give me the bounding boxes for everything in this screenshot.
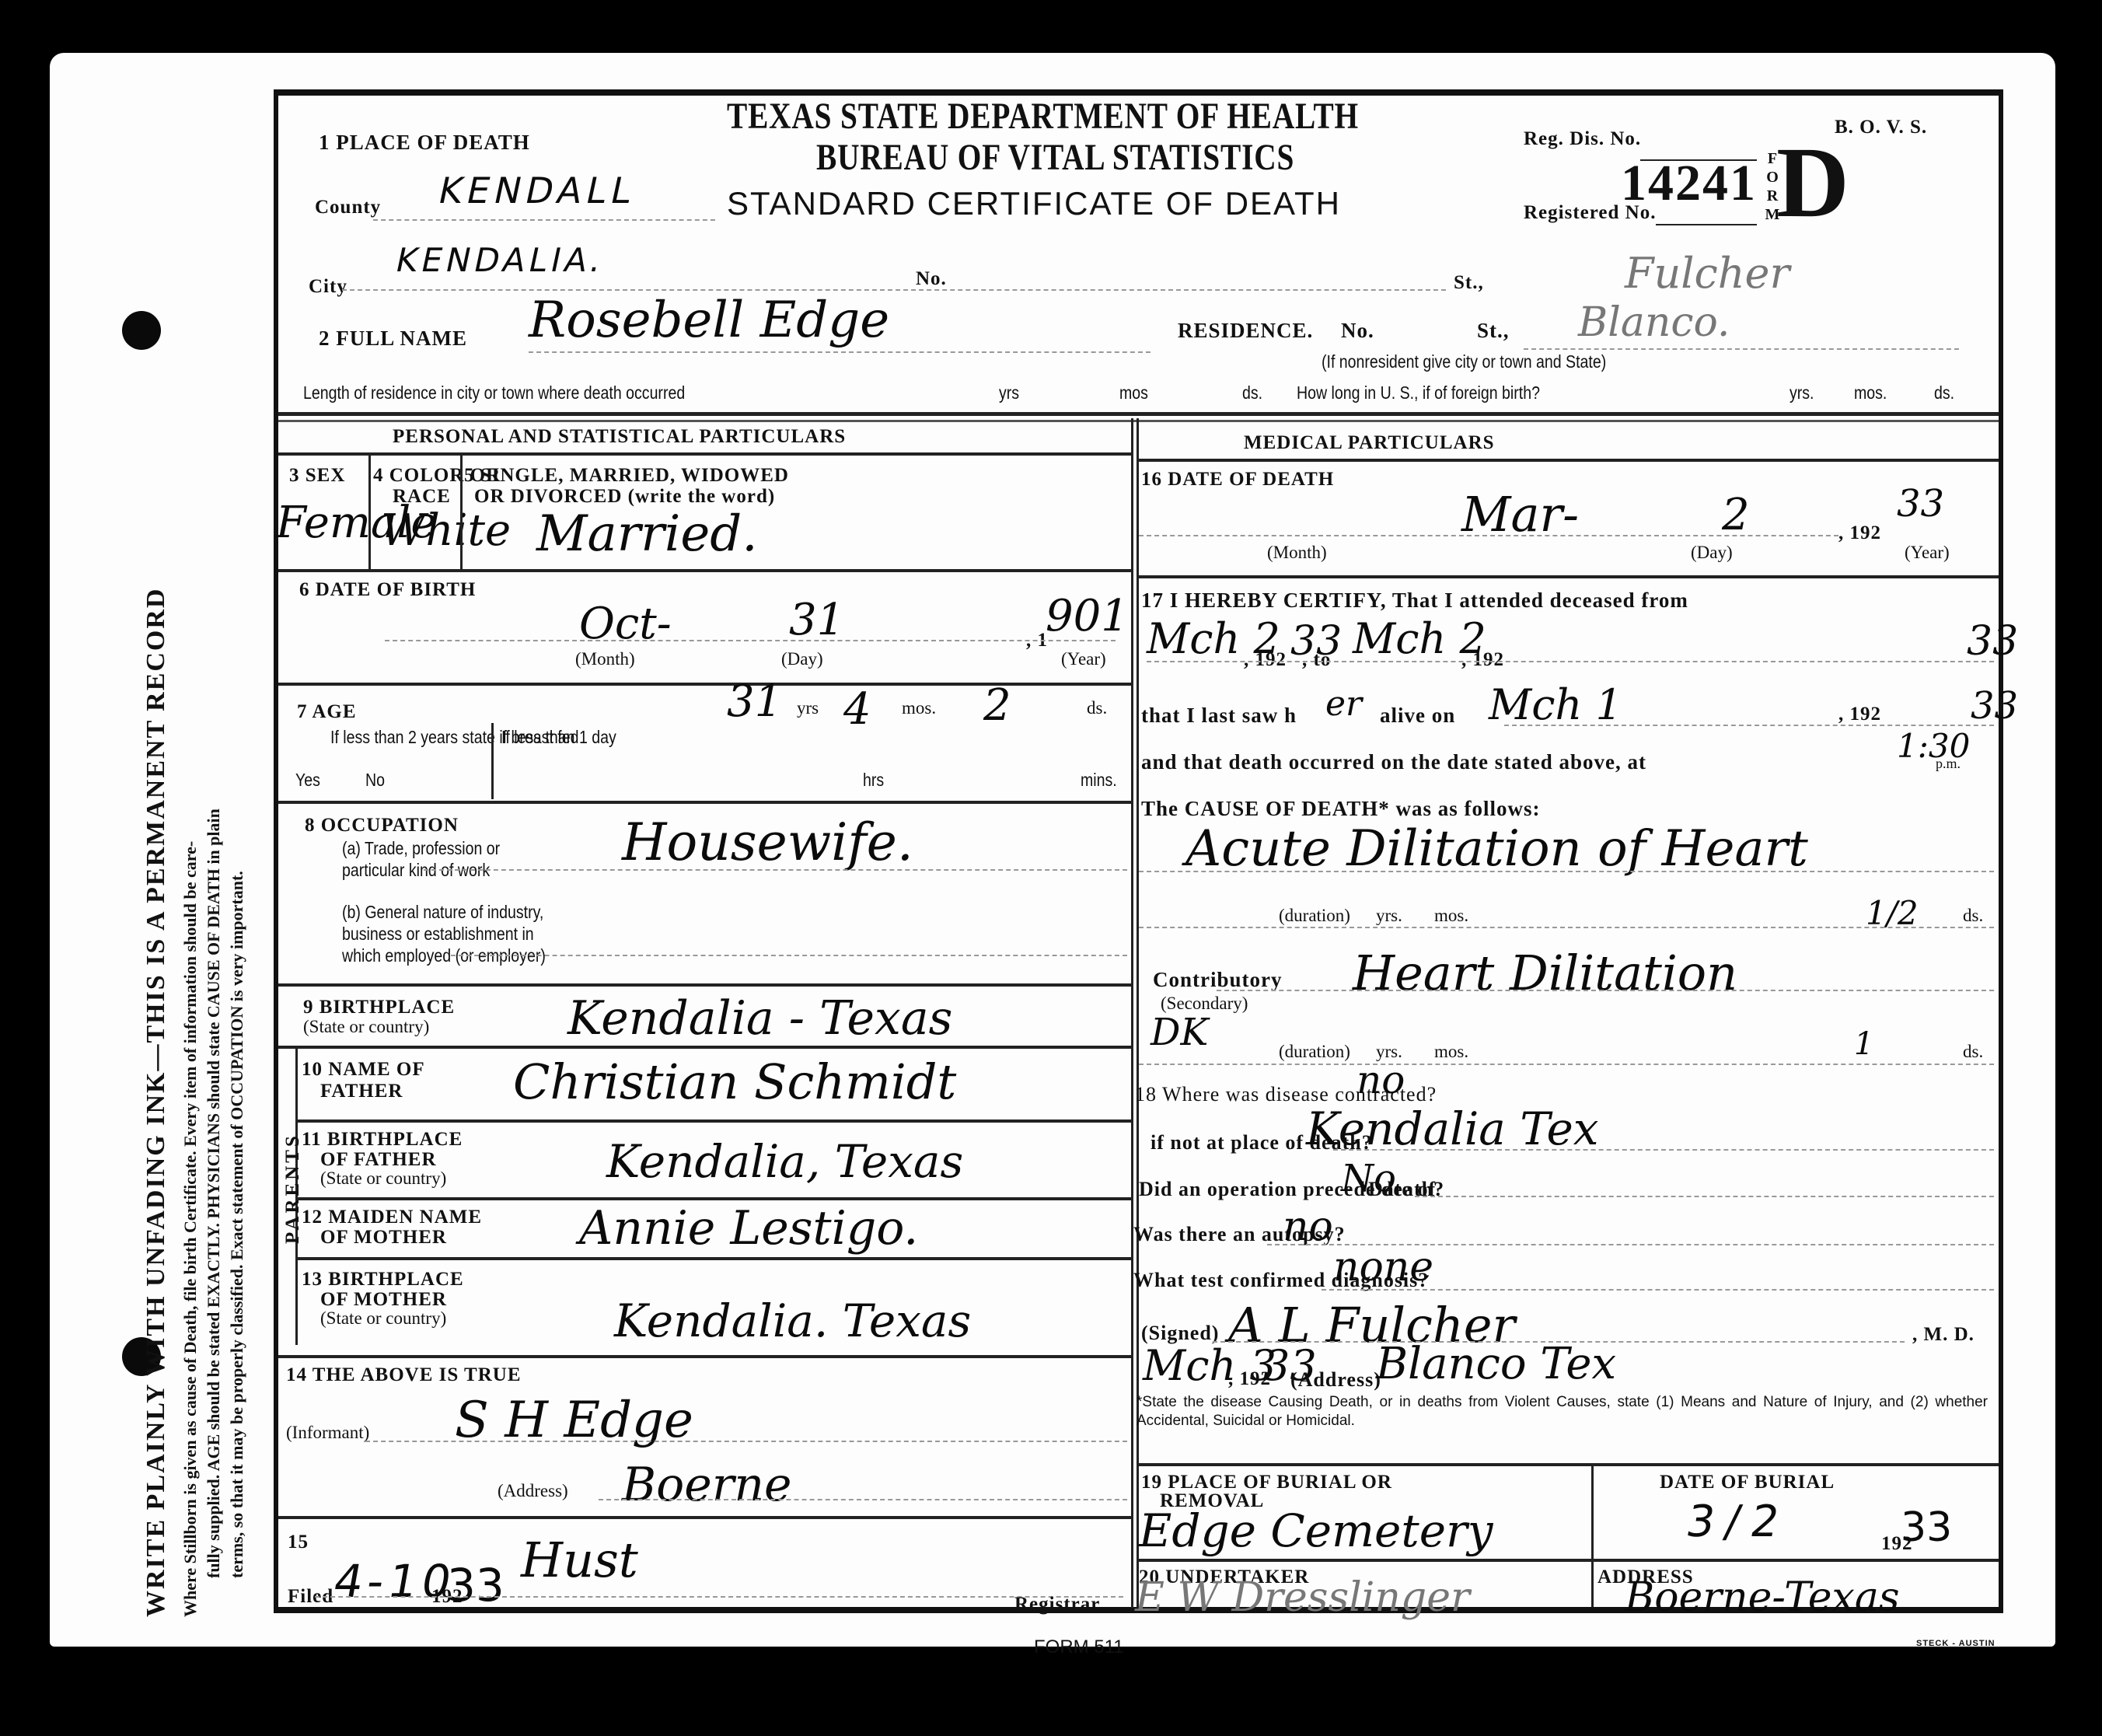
marital-label: 5 SINGLE, MARRIED, WIDOWED [464,465,789,487]
age-label: 7 AGE [297,701,357,723]
breastfed-no-label: No [365,770,385,791]
above-is-true-label: 14 THE ABOVE IS TRUE [286,1364,522,1386]
contributory-label: Contributory [1153,968,1283,992]
age-yrs-caption: yrs [797,698,819,718]
last-saw-label: that I last saw h [1141,704,1297,728]
operation-date-label: Date of [1368,1178,1436,1201]
informant-address-value[interactable]: Boerne [622,1458,792,1512]
full-name-value[interactable]: Rosebell Edge [529,292,889,349]
dob-month[interactable]: Oct- [579,599,672,649]
foreign-ds-label: ds. [1934,382,1954,403]
father-name-value[interactable]: Christian Schmidt [513,1053,956,1110]
margin-line-3: fully supplied. AGE should be stated EXA… [204,809,224,1578]
length-yrs-label: yrs [999,382,1019,403]
cause-of-death-value[interactable]: Acute Dilitation of Heart [1185,820,1808,878]
autopsy-value[interactable]: no [1283,1203,1333,1250]
dob-year-caption: (Year) [1061,649,1106,669]
death-time-suffix: p.m. [1936,756,1961,772]
length-mos-label: mos [1119,382,1148,403]
form-letter: D [1776,132,1849,233]
mother-name-label: 12 MAIDEN NAME [302,1207,482,1228]
hrs-label: hrs [863,770,884,791]
age-ds-caption: ds. [1087,698,1107,718]
agency-title: TEXAS STATE DEPARTMENT OF HEALTH [727,95,1359,138]
occupation-b-label-2: business or establishment in [342,924,534,945]
informant-label: (Informant) [286,1423,369,1443]
cause-duration-yrs-label: yrs. [1376,906,1402,926]
residence-st-label: St., [1477,319,1510,343]
less-than-day-note: If less than 1 day [501,727,616,748]
marital-label-2: OR DIVORCED (write the word) [474,486,775,508]
to-year-prefix: , 192 [1461,649,1504,671]
physician-address-label: (Address) [1290,1368,1381,1392]
residence-label: RESIDENCE. [1178,319,1313,343]
last-saw-year[interactable]: 33 [1971,684,2018,728]
residence-length-label: Length of residence in city or town wher… [303,382,685,403]
occupation-a-label: (a) Trade, profession or [342,838,500,859]
mother-name-label-2: OF MOTHER [320,1227,447,1249]
contributory-value[interactable]: Heart Dilitation [1353,945,1737,1001]
filed-year[interactable]: 33 [447,1559,505,1612]
residence-no-label: No. [1341,319,1374,343]
contrib-duration-value[interactable]: 1 [1854,1026,1873,1062]
dod-year-caption: (Year) [1905,543,1950,563]
attended-to-year[interactable]: 33 [1967,618,2018,665]
foreign-yrs-label: yrs. [1789,382,1814,403]
burial-year[interactable]: 33 [1901,1504,1952,1551]
race-value[interactable]: White [381,505,511,556]
dod-year[interactable]: 33 [1897,482,1944,526]
undertaker-value[interactable]: E W Dresslinger [1135,1574,1470,1621]
registrar-signature[interactable]: Hust [521,1532,638,1588]
residence-note: (If nonresident give city or town and St… [1322,351,1606,372]
undertaker-address-value[interactable]: Boerne-Texas [1625,1574,1900,1621]
dob-label: 6 DATE OF BIRTH [299,579,476,601]
cause-of-death-label: The CAUSE OF DEATH* was as follows: [1141,797,1541,821]
contrib-duration-ds-label: ds. [1963,1042,1983,1062]
medical-heading: MEDICAL PARTICULARS [1244,432,1495,454]
county-label: County [315,197,381,218]
street-value[interactable]: Fulcher [1625,249,1789,298]
foreign-mos-label: mos. [1854,382,1887,403]
printer-mark: STECK - AUSTIN [1916,1639,1996,1648]
death-occurred-label: and that death occurred on the date stat… [1141,750,1646,774]
mother-birthplace-label-2: OF MOTHER [320,1289,447,1311]
race-label-2: RACE [393,486,451,508]
dod-day-caption: (Day) [1691,543,1733,563]
burial-place-value[interactable]: Edge Cemetery [1139,1504,1493,1557]
foreign-birth-label: How long in U. S., if of foreign birth? [1297,382,1540,403]
test-diagnosis-value[interactable]: none [1333,1244,1433,1291]
birthplace-label: 9 BIRTHPLACE [303,997,455,1018]
margin-line-4: terms, so that it may be properly classi… [227,871,247,1578]
age-months[interactable]: 4 [843,684,871,735]
city-value[interactable]: KENDALIA. [393,241,609,279]
contributory-value-2[interactable]: DK [1151,1011,1208,1054]
disease-contracted-value[interactable]: no [1357,1057,1405,1102]
dod-month-caption: (Month) [1267,543,1327,563]
dob-year[interactable]: 901 [1046,591,1129,641]
not-at-place-value[interactable]: Kendalia Tex [1306,1102,1599,1155]
mother-birthplace-hint: (State or country) [320,1308,446,1329]
mins-label: mins. [1081,770,1117,791]
father-birthplace-label-2: OF FATHER [320,1149,437,1171]
place-of-death-label: 1 PLACE OF DEATH [319,131,530,155]
cause-footnote: *State the disease Causing Death, or in … [1137,1393,1988,1430]
margin-line-1: WRITE PLAINLY WITH UNFADING INK—THIS IS … [141,588,171,1617]
occupation-label: 8 OCCUPATION [305,815,459,837]
filed-number: 15 [288,1532,309,1553]
marital-value[interactable]: Married. [536,505,758,563]
dod-label: 16 DATE OF DEATH [1141,469,1334,491]
birthplace-hint: (State or country) [303,1017,429,1037]
form-number: FORM 511 [1034,1636,1124,1658]
registered-number[interactable]: 14241 [1621,154,1757,213]
cause-duration-label: (duration) [1279,906,1350,926]
last-saw-year-prefix: , 192 [1838,704,1881,725]
personal-heading: PERSONAL AND STATISTICAL PARTICULARS [393,426,846,448]
dod-day[interactable]: 2 [1722,490,1750,540]
last-saw-pronoun[interactable]: er [1325,684,1362,724]
residence-value[interactable]: Blanco. [1578,299,1730,346]
mother-birthplace-value[interactable]: Kendalia. Texas [614,1294,971,1347]
county-value[interactable]: KENDALL [435,169,640,211]
margin-instructions: WRITE PLAINLY WITH UNFADING INK—THIS IS … [132,155,272,1648]
contrib-duration-mos-label: mos. [1434,1042,1468,1062]
mother-birthplace-label: 13 BIRTHPLACE [302,1269,464,1291]
age-years[interactable]: 31 [727,676,782,727]
md-label: , M. D. [1912,1324,1975,1346]
father-birthplace-value[interactable]: Kendalia, Texas [606,1135,963,1188]
dod-year-prefix: , 192 [1838,522,1881,544]
full-name-label: 2 FULL NAME [319,327,467,351]
parents-label: PARENTS [282,1133,304,1244]
street-no-label: No. [916,268,947,290]
registrar-label: Registrar. [1014,1594,1104,1615]
father-birthplace-hint: (State or country) [320,1168,446,1189]
length-ds-label: ds. [1242,382,1262,403]
breastfed-yes-label: Yes [295,770,320,791]
age-mos-caption: mos. [902,698,936,718]
bureau-title: BUREAU OF VITAL STATISTICS [816,136,1294,179]
contrib-duration-label: (duration) [1279,1042,1350,1062]
sex-label: 3 SEX [289,465,345,487]
father-name-label: 10 NAME OF [302,1059,425,1081]
from-year-prefix: , 192 [1244,649,1287,671]
mother-name-value[interactable]: Annie Lestigo. [579,1201,918,1256]
dob-month-caption: (Month) [575,649,635,669]
form-title: STANDARD CERTIFICATE OF DEATH [727,185,1341,222]
street-label: St., [1454,272,1484,294]
certify-label: 17 I HEREBY CERTIFY, That I attended dec… [1141,589,1688,613]
margin-line-2: Where Stillborn is given as cause of Dea… [180,841,201,1617]
informant-address-label: (Address) [498,1481,568,1501]
father-birthplace-label: 11 BIRTHPLACE [302,1129,463,1151]
cause-duration-ds-label: ds. [1963,906,1983,926]
last-saw-date[interactable]: Mch 1 [1489,680,1622,729]
burial-date-label: DATE OF BURIAL [1660,1472,1835,1493]
alive-on-label: alive on [1380,704,1455,728]
occupation-b-label: (b) General nature of industry, [342,902,543,923]
cause-duration-mos-label: mos. [1434,906,1468,926]
physician-address-value[interactable]: Blanco Tex [1376,1339,1616,1389]
reg-dis-label: Reg. Dis. No. [1524,128,1641,150]
occupation-value[interactable]: Housewife. [622,812,913,872]
birthplace-value[interactable]: Kendalia - Texas [567,991,952,1046]
dob-day-caption: (Day) [781,649,823,669]
dob-day[interactable]: 31 [789,595,844,645]
to-label: , to [1302,649,1331,671]
age-days[interactable]: 2 [983,680,1011,731]
burial-date-value[interactable]: 3/2 [1682,1497,1794,1547]
father-name-label-2: FATHER [320,1081,403,1102]
city-label: City [309,276,347,298]
